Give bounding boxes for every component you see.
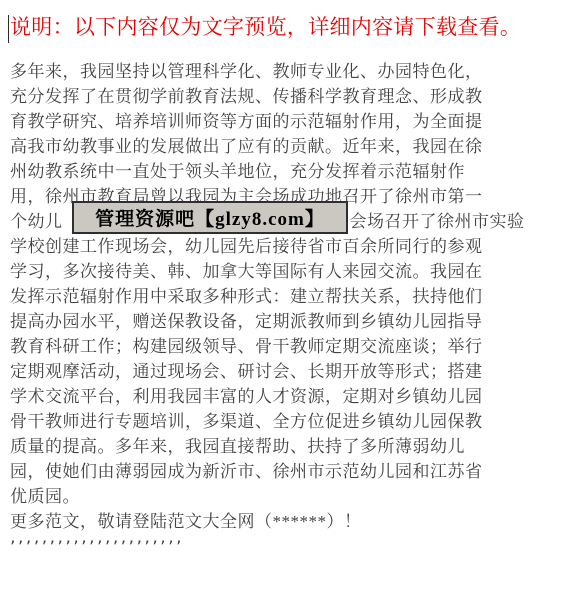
body-line-segment: 会场召开了徐州市实验: [350, 212, 525, 231]
body-line: 质量的提高。多年来，我园直接帮助、扶持了多所薄弱幼儿: [10, 434, 525, 459]
preview-notice: 说明：以下内容仅为文字预览，详细内容请下载查看。: [10, 13, 521, 41]
watermark-text: 管理资源吧【glzy8.com】: [95, 204, 325, 231]
body-line: 提高办园水平，赠送保教设备，定期派教师到乡镇幼儿园指导: [10, 309, 525, 334]
body-line: 园，使她们由薄弱园成为新沂市、徐州市示范幼儿园和江苏省: [10, 459, 525, 484]
body-line: 发挥示范辐射作用中采取多种形式：建立帮扶关系，扶持他们: [10, 284, 525, 309]
body-line: 更多范文，敬请登陆范文大全网（******）！: [10, 509, 525, 534]
text-cursor: [8, 15, 9, 43]
ellipsis-line: ’’’’’’’’’’’’’’’’’’’’’’: [10, 536, 184, 561]
body-line: 充分发挥了在贯彻学前教育法规、传播科学教育理念、形成教: [10, 84, 525, 109]
document-preview-page: { "notice": { "text": "说明：以下内容仅为文字预览，详细内…: [0, 0, 578, 600]
body-line: 州幼教系统中一直处于领头羊地位，充分发挥着示范辐射作: [10, 159, 525, 184]
body-line: 育教学研究、培养培训师资等方面的示范辐射作用，为全面提: [10, 109, 525, 134]
body-line: 骨干教师进行专题培训，多渠道、全方位促进乡镇幼儿园保教: [10, 409, 525, 434]
body-line: 优质园。: [10, 484, 525, 509]
watermark-badge: 管理资源吧【glzy8.com】: [72, 201, 348, 234]
body-line: 定期观摩活动，通过现场会、研讨会、长期开放等形式；搭建: [10, 359, 525, 384]
body-line: 学习，多次接待美、韩、加拿大等国际有人来园交流。我园在: [10, 259, 525, 284]
body-line: 学术交流平台，利用我园丰富的人才资源，定期对乡镇幼儿园: [10, 384, 525, 409]
body-line: 多年来，我园坚持以管理科学化、教师专业化、办园特色化，: [10, 59, 525, 84]
body-line-segment: 个幼儿: [10, 212, 63, 231]
body-line: 高我市幼教事业的发展做出了应有的贡献。近年来，我园在徐: [10, 134, 525, 159]
body-line: 学校创建工作现场会，幼儿园先后接待省市百余所同行的参观: [10, 234, 525, 259]
body-line: 教育科研工作；构建园级领导、骨干教师定期交流座谈；举行: [10, 334, 525, 359]
body-text: 多年来，我园坚持以管理科学化、教师专业化、办园特色化，充分发挥了在贯彻学前教育法…: [10, 59, 525, 534]
